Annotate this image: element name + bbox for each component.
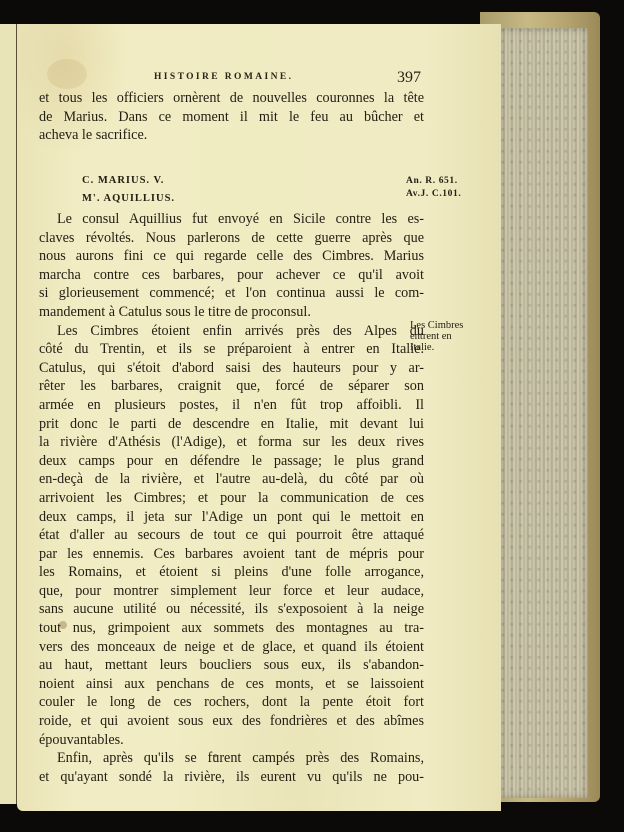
page-fore-edge xyxy=(500,28,588,798)
main-text: Le consul Aquillius fut envoyé en Sicile… xyxy=(39,210,424,786)
text-line: vers des monceaux de neige et de glace, … xyxy=(39,638,424,657)
text-line: nous aurons fini ce qui regarde celle de… xyxy=(39,247,424,266)
text-line: mandement à Catulus sous le titre de pro… xyxy=(39,303,424,322)
text-line: noient ainsi aux penchans de ces monts, … xyxy=(39,675,424,694)
text-line: prit donc le parti de descendre en Itali… xyxy=(39,415,424,434)
text-line: roide, et qui avoient sous eux des fondr… xyxy=(39,712,424,731)
text-line: armée en plusieurs postes, il n'en fût t… xyxy=(39,396,424,415)
facing-page-edge xyxy=(0,24,17,804)
consul-1: C. MARIUS. V. xyxy=(82,172,175,190)
text-line: de Marius. Dans ce moment il mit le feu … xyxy=(39,108,424,127)
date-av-jc: Av.J. C.101. xyxy=(406,188,461,201)
foxing-stain xyxy=(47,59,87,89)
text-line: côté du Trentin, et ils se préparoient à… xyxy=(39,340,424,359)
text-line: en-deçà de la rivière, et l'autre au-del… xyxy=(39,470,424,489)
text-line: sans aucune utilité ou nécessité, ils s'… xyxy=(39,600,424,619)
date-an-r: An. R. 651. xyxy=(406,175,461,188)
text-line: la rivière d'Athésis (l'Adige), et forma… xyxy=(39,433,424,452)
text-line: Les Cimbres étoient enfin arrivés près d… xyxy=(39,322,424,341)
text-line: que, pour montrer simplement leur force … xyxy=(39,582,424,601)
date-margin-note: An. R. 651. Av.J. C.101. xyxy=(406,175,461,201)
text-line: et tous les officiers ornèrent de nouvel… xyxy=(39,89,424,108)
consuls-heading: C. MARIUS. V. M'. AQUILLIUS. xyxy=(82,172,175,208)
text-line: claves révoltés. Nous parlerons de cette… xyxy=(39,229,424,248)
text-line: rêter les barbares, craignit que, forcé … xyxy=(39,377,424,396)
text-line: et qu'ayant sondé la rivière, ils eurent… xyxy=(39,768,424,787)
opening-text: et tous les officiers ornèrent de nouvel… xyxy=(39,89,424,145)
text-line: Le consul Aquillius fut envoyé en Sicile… xyxy=(39,210,424,229)
text-line: deux camps, il jeta sur l'Adige un pont … xyxy=(39,508,424,527)
text-line: acheva le sacrifice. xyxy=(39,126,424,145)
text-line: les Romains, et étoient si pleins d'une … xyxy=(39,563,424,582)
text-line: Enfin, après qu'ils se furent campés prè… xyxy=(39,749,424,768)
text-line: au haut, mettant leurs boucliers sous eu… xyxy=(39,656,424,675)
text-line: par les ennemis. Ces barbares avoient ta… xyxy=(39,545,424,564)
text-line: Catulus, qui s'étoit d'abord saisi des h… xyxy=(39,359,424,378)
text-line: marcha contre ces barbares, pour achever… xyxy=(39,266,424,285)
consul-2: M'. AQUILLIUS. xyxy=(82,190,175,208)
running-head: HISTOIRE ROMAINE. xyxy=(154,72,293,82)
text-line: arrivoient les Cimbres; et pour la commu… xyxy=(39,489,424,508)
text-line: tout nus, grimpoient aux sommets des mon… xyxy=(39,619,424,638)
text-line: état d'aller au secours de tout ce qui p… xyxy=(39,526,424,545)
text-line: couler le long de ces rochers, dont la p… xyxy=(39,693,424,712)
text-line: deux camps pour en défendre le passage; … xyxy=(39,452,424,471)
book-page: HISTOIRE ROMAINE. 397 et tous les offici… xyxy=(17,24,501,811)
page-number: 397 xyxy=(397,69,421,87)
text-line: si glorieusement commencé; et l'on conti… xyxy=(39,284,424,303)
text-line: épouvantables. xyxy=(39,731,424,750)
